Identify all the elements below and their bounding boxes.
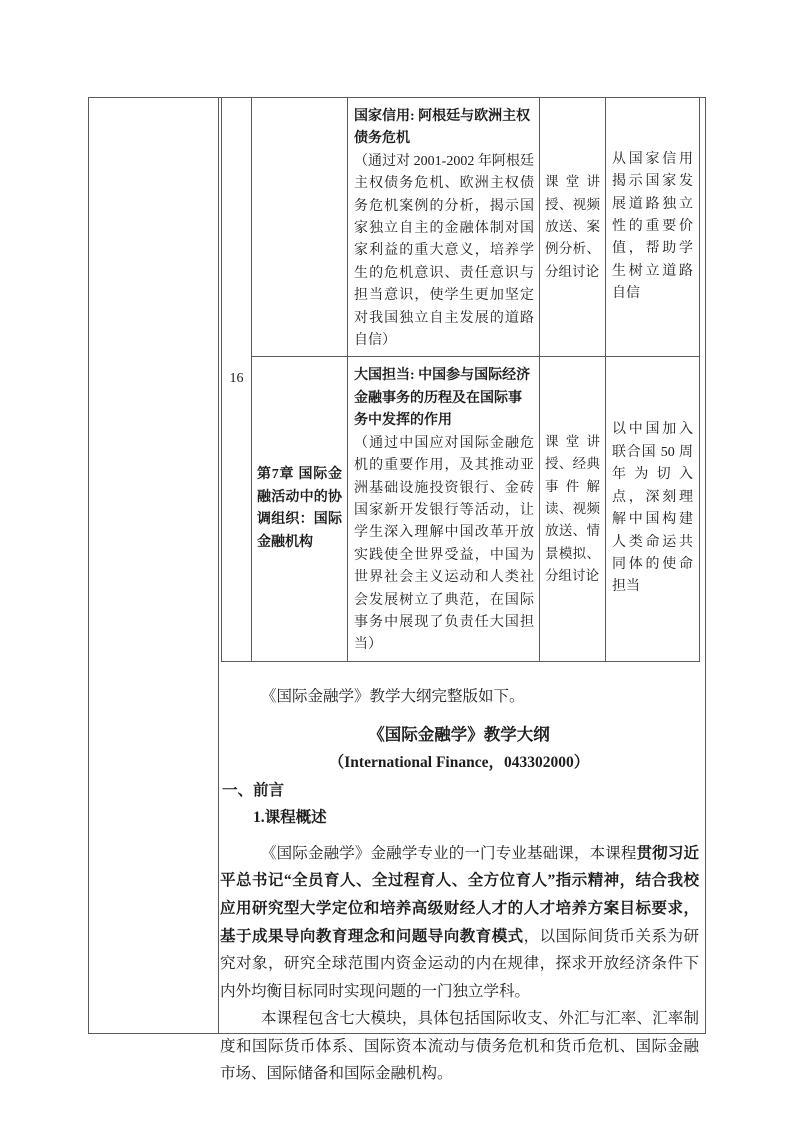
case-title: 国家信用: 阿根廷与欧洲主权债务危机 — [354, 106, 534, 151]
teaching-methods-cell: 课堂讲授、视频放送、案例分析、分组讨论 — [540, 98, 606, 357]
case-cell: 大国担当: 中国参与国际经济金融事务的历程及在国际事务中发挥的作用 （通过中国应… — [348, 357, 540, 661]
table-row: 16 国家信用: 阿根廷与欧洲主权债务危机 （通过对 2001-2002 年阿根… — [222, 98, 700, 357]
table-row: 第7章 国际金融活动中的协调组织：国际金融机构 大国担当: 中国参与国际经济金融… — [222, 357, 700, 661]
section-heading: 一、前言 — [219, 777, 699, 805]
syllabus-text-section: 《国际金融学》教学大纲完整版如下。 《国际金融学》教学大纲 （Internati… — [219, 683, 699, 1088]
learning-outcome-cell: 从国家信用揭示国家发展道路独立性的重要价值，帮助学生树立道路自信 — [606, 98, 700, 357]
case-title: 大国担当: 中国参与国际经济金融事务的历程及在国际事务中发挥的作用 — [354, 365, 534, 432]
syllabus-case-table: 16 国家信用: 阿根廷与欧洲主权债务危机 （通过对 2001-2002 年阿根… — [221, 98, 700, 662]
teaching-methods-cell: 课堂讲授、经典事件解读、视频放送、情景模拟、分组讨论 — [540, 357, 606, 661]
case-description: （通过对 2001-2002 年阿根廷主权债务危机、欧洲主权债务危机案例的分析，… — [354, 151, 534, 353]
para1-normal-run: 《国际金融学》金融学专业的一门专业基础课，本课程 — [261, 845, 637, 862]
chapter-cell-empty — [252, 98, 348, 357]
chapter-cell: 第7章 国际金融活动中的协调组织：国际金融机构 — [252, 357, 348, 661]
document-page: 16 国家信用: 阿根廷与欧洲主权债务危机 （通过对 2001-2002 年阿根… — [0, 0, 794, 1123]
syllabus-subtitle: （International Finance，043302000） — [219, 749, 699, 777]
course-overview-paragraph-1: 《国际金融学》金融学专业的一门专业基础课，本课程贯彻习近平总书记“全员育人、全过… — [220, 840, 699, 1006]
intro-paragraph: 《国际金融学》教学大纲完整版如下。 — [219, 683, 699, 711]
case-description: （通过中国应对国际金融危机的重要作用，及其推动亚洲基础设施投资银行、金砖国家新开… — [354, 433, 534, 657]
learning-outcome-cell: 以中国加入联合国 50 周年为切入点，深刻理解中国构建人类命运共同体的使命担当 — [606, 357, 700, 661]
document-border: 16 国家信用: 阿根廷与欧洲主权债务危机 （通过对 2001-2002 年阿根… — [88, 97, 706, 1034]
case-cell: 国家信用: 阿根廷与欧洲主权债务危机 （通过对 2001-2002 年阿根廷主权… — [348, 98, 540, 357]
week-number: 16 — [230, 371, 244, 386]
content-area: 16 国家信用: 阿根廷与欧洲主权债务危机 （通过对 2001-2002 年阿根… — [219, 98, 705, 1033]
subsection-heading: 1.课程概述 — [219, 804, 699, 832]
syllabus-title: 《国际金融学》教学大纲 — [219, 721, 699, 749]
week-number-cell: 16 — [222, 98, 252, 661]
course-overview-paragraph-2: 本课程包含七大模块，具体包括国际收支、外汇与汇率、汇率制度和国际货币体系、国际资… — [220, 1005, 699, 1088]
left-margin-cell — [89, 98, 219, 1033]
